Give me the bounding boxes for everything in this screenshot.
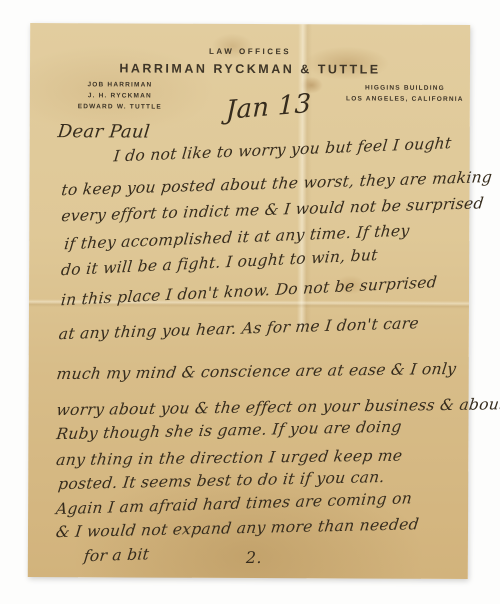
body-line: for a bit xyxy=(83,545,150,565)
body-line: Again I am afraid hard times are coming … xyxy=(55,489,413,518)
body-line: posted. It seems best to do it if you ca… xyxy=(57,468,386,493)
page-marker: 2. xyxy=(246,548,262,567)
attorney-name: JOB HARRIMAN xyxy=(60,79,180,91)
scan-background: LAW OFFICES HARRIMAN RYCKMAN & TUTTLE JO… xyxy=(0,0,500,604)
letter-paper: LAW OFFICES HARRIMAN RYCKMAN & TUTTLE JO… xyxy=(28,23,470,579)
body-line: & I would not expand any more than neede… xyxy=(55,515,420,541)
body-line: much my mind & conscience are at ease & … xyxy=(56,360,458,383)
letterhead-attorneys-list: JOB HARRIMAN J. H. RYCKMAN EDWARD W. TUT… xyxy=(60,79,180,113)
body-line: any thing in the direction I urged keep … xyxy=(55,447,403,470)
attorney-name: EDWARD W. TUTTLE xyxy=(60,101,180,113)
body-line: Ruby though she is game. If you are doin… xyxy=(55,418,402,444)
address-line: HIGGINS BUILDING xyxy=(330,82,480,94)
body-line: every effort to indict me & I would not … xyxy=(60,194,484,225)
body-line: at any thing you hear. As for me I don't… xyxy=(58,314,420,343)
body-line: to keep you posted about the worst, they… xyxy=(60,168,493,199)
salutation: Dear Paul xyxy=(57,121,152,142)
attorney-name: J. H. RYCKMAN xyxy=(60,90,180,102)
body-line: worry about you & the effect on your bus… xyxy=(55,395,500,419)
letterhead-office-line: LAW OFFICES xyxy=(30,46,470,57)
letterhead-address: HIGGINS BUILDING LOS ANGELES, CALIFORNIA xyxy=(330,82,480,105)
body-line: I do not like to worry you but feel I ou… xyxy=(113,134,453,165)
address-line: LOS ANGELES, CALIFORNIA xyxy=(330,93,480,105)
letterhead-firm-name: HARRIMAN RYCKMAN & TUTTLE xyxy=(30,61,470,77)
